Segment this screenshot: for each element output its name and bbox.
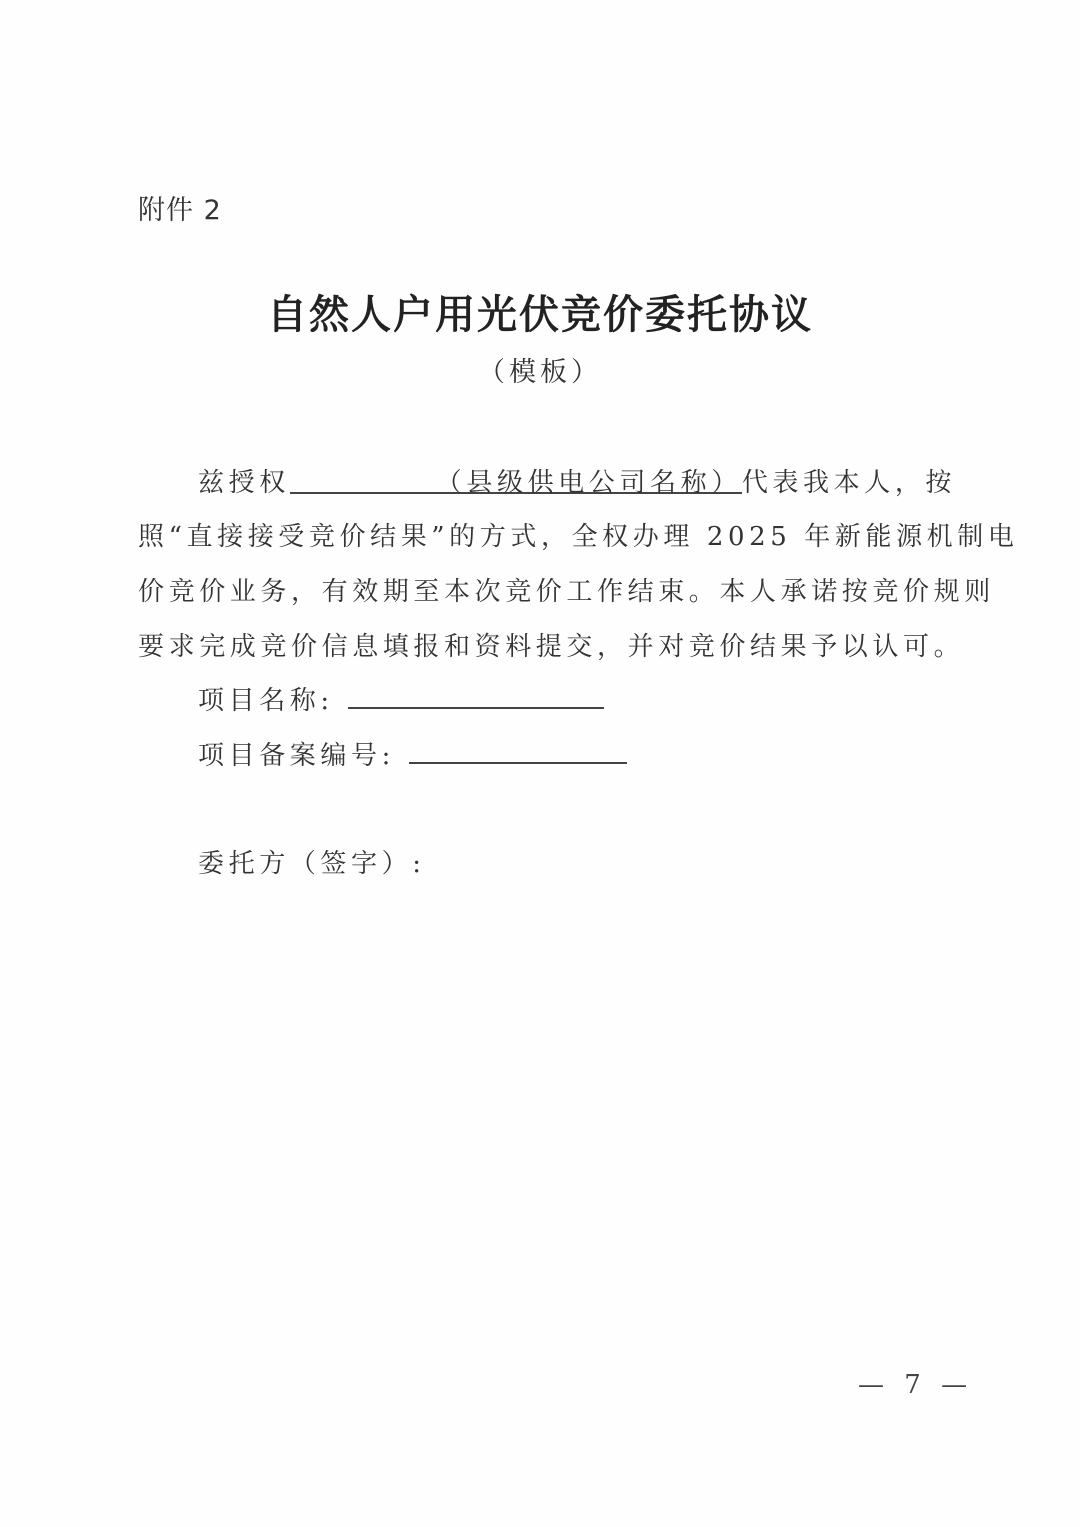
project-record-no-field: 项目备案编号: (198, 735, 627, 772)
document-subtitle: （模板） (0, 350, 1080, 389)
page-number: — 7 — (858, 1370, 973, 1400)
principal-signature-label: 委托方（签字）: (198, 849, 426, 879)
body-line-2: 照“直接接受竞价结果”的方式，全权办理 2025 年新能源机制电 (138, 516, 944, 553)
body-line-1: 兹授权（县级供电公司名称）代表我本人，按 (138, 462, 1004, 499)
project-record-no-label: 项目备案编号: (198, 741, 395, 771)
project-record-no-blank[interactable] (409, 740, 627, 764)
body-line-3: 价竞价业务，有效期至本次竞价工作结束。本人承诺按竞价规则 (138, 571, 944, 608)
document-page: 附件 2 自然人户用光伏竞价委托协议 （模板） 兹授权（县级供电公司名称）代表我… (0, 0, 1080, 1527)
project-name-label: 项目名称: (198, 686, 334, 716)
principal-signature-field: 委托方（签字）: (198, 843, 426, 880)
company-name-blank[interactable]: （县级供电公司名称） (290, 462, 742, 494)
attachment-label: 附件 2 (138, 188, 222, 227)
project-name-field: 项目名称: (198, 680, 604, 717)
authorize-prefix: 兹授权 (198, 468, 290, 498)
project-name-blank[interactable] (348, 685, 604, 709)
company-name-hint: （县级供电公司名称） (436, 468, 742, 498)
document-title: 自然人户用光伏竞价委托协议 (0, 283, 1080, 340)
authorize-suffix: 代表我本人，按 (742, 468, 956, 498)
body-line-4: 要求完成竞价信息填报和资料提交，并对竞价结果予以认可。 (138, 626, 944, 663)
